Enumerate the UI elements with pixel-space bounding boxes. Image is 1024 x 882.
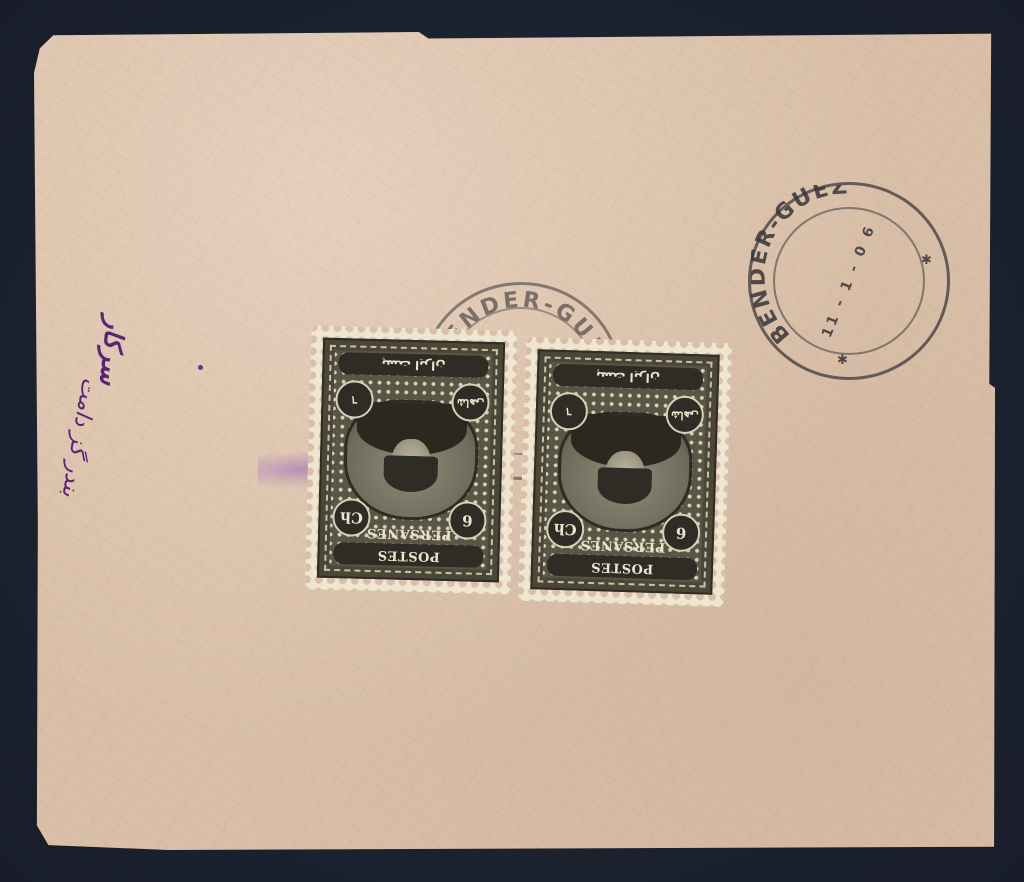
postmark-right: BENDER-GUEZ 11 - 1 - 0 6 ✱ ✱ [748, 182, 950, 380]
stamp-2: POSTES PERSANES 6 Ch ﺷﺎﻫﻰ ٦ پست ایران [518, 337, 732, 607]
stamp-1: POSTES PERSANES 6 Ch ﺷﺎﻫﻰ ٦ پست ایران [305, 325, 518, 594]
stamp-footer: پست ایران [338, 352, 489, 378]
stamp-design: POSTES PERSANES 6 Ch ﺷﺎﻫﻰ ٦ پست ایران [317, 338, 505, 583]
stamp-footer: پست ایران [553, 364, 704, 391]
stamp-design: POSTES PERSANES 6 Ch ﺷﺎﻫﻰ ٦ پست ایران [530, 349, 719, 595]
stamp-header: POSTES PERSANES [547, 554, 698, 581]
ink-dot [198, 365, 203, 370]
star-icon: ✱ [837, 353, 848, 368]
handwriting-line-1: سرکار [93, 315, 130, 387]
portrait-cap [383, 455, 438, 492]
handwritten-address: سرکار بندر گز دامت [68, 318, 158, 618]
portrait-cap [597, 467, 652, 505]
star-icon: ✱ [921, 253, 932, 268]
stamp-header: POSTES PERSANES [333, 542, 484, 568]
